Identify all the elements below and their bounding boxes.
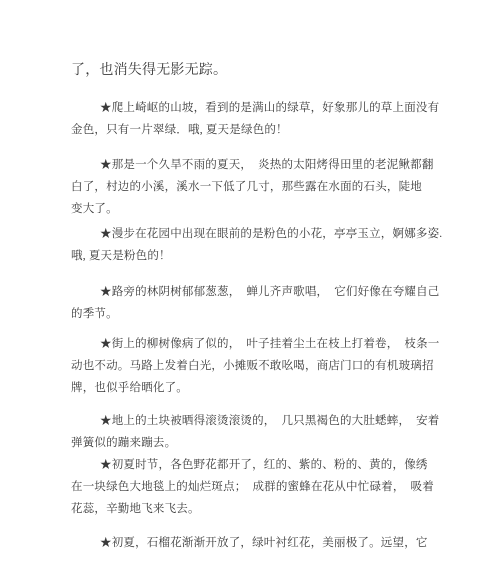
text-line: ★漫步在花园中出现在眼前的是粉色的小花，亭亭玉立，婀娜多姿. <box>71 223 437 245</box>
star-paragraph: ★漫步在花园中出现在眼前的是粉色的小花，亭亭玉立，婀娜多姿.哦, 夏天是粉色的！ <box>71 223 437 267</box>
text-line: ★那是一个久旱不雨的夏天， 炎热的太阳烤得田里的老泥鳅都翻 <box>71 154 437 176</box>
star-paragraph: ★初夏时节，各色野花都开了，红的、紫的、粉的、黄的，像绣在一块绿色大地毯上的灿烂… <box>71 454 437 520</box>
star-paragraph: ★地上的土块被晒得滚烫滚烫的， 几只黑褐色的大肚蟋蟀， 安着弹簧似的蹦来蹦去。 <box>71 410 437 454</box>
star-paragraph: ★爬上崎岖的山坡，看到的是满山的绿草，好象那儿的草上面没有金色，只有一片翠绿．哦… <box>71 97 437 141</box>
star-paragraph: ★初夏，石榴花渐渐开放了，绿叶衬红花，美丽极了。远望，它 <box>71 532 437 554</box>
text-line: ★初夏，石榴花渐渐开放了，绿叶衬红花，美丽极了。远望，它 <box>71 532 437 554</box>
text-line: 牌，也似乎给晒化了。 <box>71 377 437 399</box>
text-line: 了，也消失得无影无踪。 <box>71 60 437 82</box>
star-paragraph: ★路旁的林阴树郁郁葱葱， 蝉儿齐声歌唱， 它们好像在夸耀自己的季节。 <box>71 281 437 325</box>
text-line: 变大了。 <box>71 198 437 220</box>
continuation-line: 了，也消失得无影无踪。 <box>71 60 437 82</box>
text-line: 金色，只有一片翠绿．哦, 夏天是绿色的！ <box>71 119 437 141</box>
text-line: 在一块绿色大地毯上的灿烂斑点； 成群的蜜蜂在花从中忙碌着， 吸着 <box>71 476 437 498</box>
star-paragraph: ★那是一个久旱不雨的夏天， 炎热的太阳烤得田里的老泥鳅都翻白了，村边的小溪，溪水… <box>71 154 437 220</box>
document-page: 了，也消失得无影无踪。★爬上崎岖的山坡，看到的是满山的绿草，好象那儿的草上面没有… <box>0 0 500 566</box>
text-line: 弹簧似的蹦来蹦去。 <box>71 432 437 454</box>
text-line: 哦, 夏天是粉色的！ <box>71 245 437 267</box>
text-line: 的季节。 <box>71 303 437 325</box>
text-line: ★街上的柳树像病了似的， 叶子挂着尘土在枝上打着卷， 枝条一 <box>71 333 437 355</box>
text-line: ★路旁的林阴树郁郁葱葱， 蝉儿齐声歌唱， 它们好像在夸耀自己 <box>71 281 437 303</box>
text-line: ★地上的土块被晒得滚烫滚烫的， 几只黑褐色的大肚蟋蟀， 安着 <box>71 410 437 432</box>
star-paragraph: ★街上的柳树像病了似的， 叶子挂着尘土在枝上打着卷， 枝条一动也不动。马路上发着… <box>71 333 437 399</box>
text-content: 了，也消失得无影无踪。★爬上崎岖的山坡，看到的是满山的绿草，好象那儿的草上面没有… <box>71 60 437 554</box>
text-line: 动也不动。马路上发着白光，小摊贩不敢吆喝，商店门口的有机玻璃招 <box>71 355 437 377</box>
text-line: ★爬上崎岖的山坡，看到的是满山的绿草，好象那儿的草上面没有 <box>71 97 437 119</box>
text-line: ★初夏时节，各色野花都开了，红的、紫的、粉的、黄的，像绣 <box>71 454 437 476</box>
text-line: 花蕊，辛勤地飞来飞去。 <box>71 498 437 520</box>
text-line: 白了，村边的小溪，溪水一下低了几寸，那些露在水面的石头，陡地 <box>71 176 437 198</box>
